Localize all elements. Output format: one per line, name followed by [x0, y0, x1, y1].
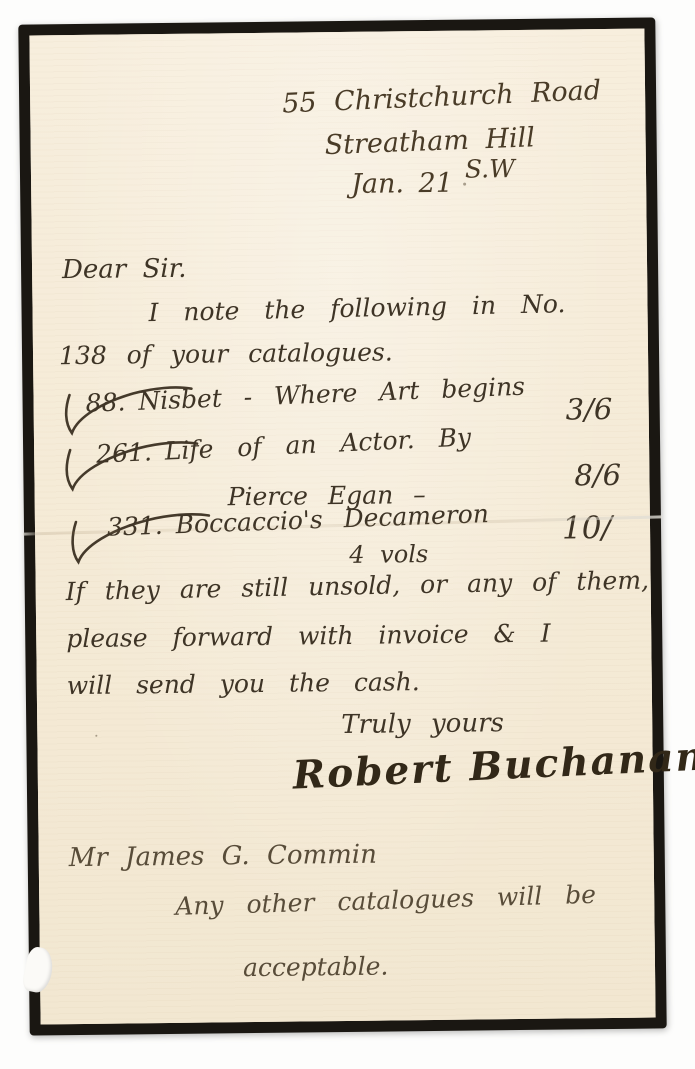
postscript-line-2: acceptable. [243, 954, 389, 981]
postscript-line-1: Any other catalogues will be [175, 882, 596, 919]
item-3-title: Boccaccio's Decameron [175, 499, 489, 539]
letter-photograph: 55 Christchurch Road Streatham Hill Jan.… [0, 0, 695, 1069]
request-line-3: will send you the cash. [67, 669, 420, 698]
intro-line-2: 138 of your catalogues. [59, 339, 393, 368]
date-line: Jan. 21 [351, 170, 453, 198]
signature: Robert Buchanan [292, 737, 695, 795]
item-1-title: Nisbet - Where Art begins [138, 372, 526, 416]
item-2-number: 261. [95, 437, 152, 469]
item-3-number: 331. [106, 511, 163, 542]
item-1-price: 3/6 [566, 395, 613, 425]
catalogue-item-1: 88.Nisbet - Where Art begins [85, 374, 525, 416]
postal-district: S.W [465, 156, 515, 182]
request-line-1: If they are still unsold, or any of them… [65, 567, 649, 604]
catalogue-item-3: 331.Boccaccio's Decameron [107, 501, 490, 540]
ink-speck [95, 735, 97, 737]
request-line-2: please forward with invoice & I [66, 621, 551, 651]
intro-line-1: I note the following in No. [148, 291, 565, 325]
letter-card: 55 Christchurch Road Streatham Hill Jan.… [18, 17, 666, 1035]
addressee: Mr James G. Commin [69, 842, 377, 871]
item-3-volumes: 4 vols [349, 542, 428, 567]
valediction: Truly yours [341, 710, 504, 738]
letter-paper: 55 Christchurch Road Streatham Hill Jan.… [29, 29, 655, 1025]
salutation: Dear Sir. [62, 256, 187, 283]
item-1-number: 88. [85, 387, 126, 418]
item-2-title: Life of an Actor. By [164, 422, 472, 465]
address-line-1: 55 Christchurch Road [282, 77, 602, 118]
ink-speck [463, 183, 466, 186]
paper-chip [21, 945, 56, 994]
item-2-price: 8/6 [574, 461, 621, 491]
